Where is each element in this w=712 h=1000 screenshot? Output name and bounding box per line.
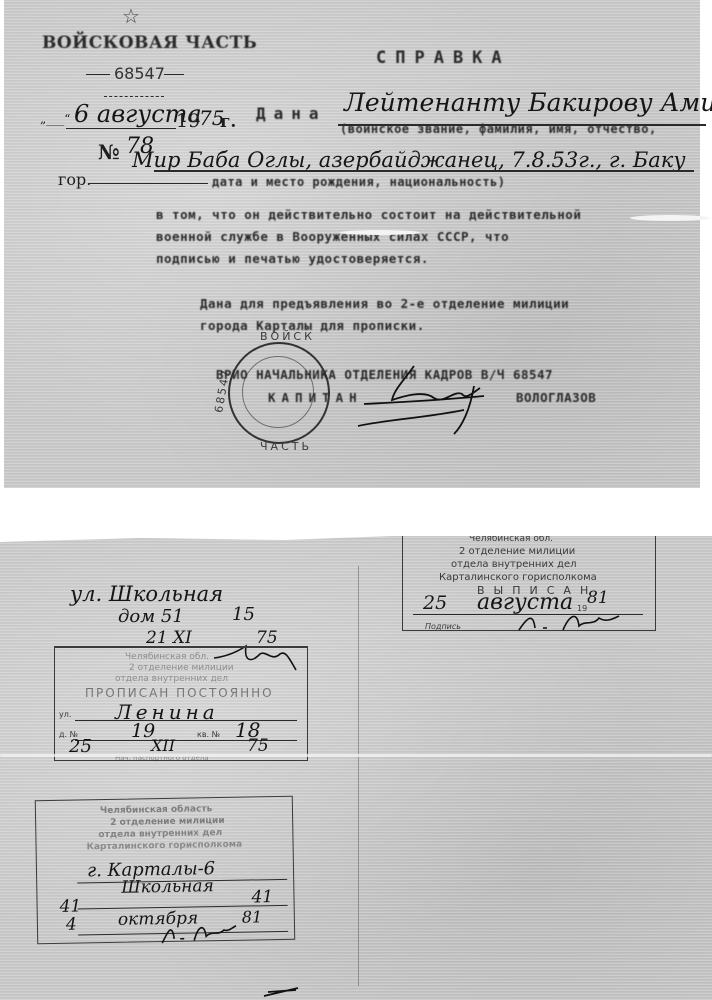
tear-mark <box>340 230 420 235</box>
tear-mark <box>0 754 712 757</box>
purpose-line: Дана для предъявления во 2-е отделение м… <box>200 296 569 311</box>
registration-sheet: ул. Школьная дом 51 15 21 XI 75 Челябинс… <box>0 536 712 1000</box>
number-label: № <box>98 140 120 164</box>
stamp-propisan-2: Челябинская область 2 отделение милиции … <box>35 796 295 944</box>
reg1-house: дом 51 <box>118 606 184 627</box>
year-value: 81 <box>587 588 609 608</box>
reg1-apartment: 15 <box>232 604 255 625</box>
star-icon: ☆ <box>122 4 140 28</box>
apartment-label: кв. № <box>197 730 220 739</box>
seal-text-top: ВОЙСК <box>260 330 315 343</box>
stamp-header-line: Челябинская область <box>100 804 213 816</box>
tear-mark <box>630 215 710 221</box>
pen-mark <box>262 984 302 998</box>
document-title: СПРАВКА <box>376 48 511 68</box>
date-quote-marks: „___“ <box>40 112 70 126</box>
body-line: в том, что он действительно состоит на д… <box>156 207 581 222</box>
stamp-header-line: Карталинского горисполкома <box>439 572 597 583</box>
signature-mark <box>158 916 239 947</box>
day-value: 4 <box>66 915 77 935</box>
birth-caption: дата и место рождения, национальность) <box>212 175 506 189</box>
signature-label: Подпись <box>425 622 461 631</box>
city-label: гор. <box>58 170 91 189</box>
body-line: подписью и печатью удостоверяется. <box>156 251 429 266</box>
year-value: 75 <box>247 736 269 756</box>
street-value: Школьная <box>121 876 214 898</box>
street-label: ул. <box>59 710 71 719</box>
stamp-header-line: 2 отделение милиции <box>459 546 575 557</box>
stamp-vypisan: Челябинская обл. 2 отделение милиции отд… <box>402 532 656 631</box>
stamp-header-line: Карталинского горисполкома <box>87 840 243 853</box>
year-suffix: г. <box>220 112 236 132</box>
certificate-sheet: ☆ ВОЙСКОВАЯ ЧАСТЬ 68547 „___“ 6 августа … <box>4 0 700 488</box>
recipient-handwritten: Лейтенанту Бакирову Амир <box>344 88 712 117</box>
body-line: военной службе в Вооруженных силах СССР,… <box>156 229 509 244</box>
reg1-date: 21 XI <box>146 628 192 648</box>
stamp-header-line: отдела внутренних дел <box>115 674 228 684</box>
birth-handwritten: Мир Баба Оглы, азербайджанец, 7.8.53г., … <box>132 148 686 172</box>
year-printed: 19 <box>176 110 200 132</box>
stamp-status: ПРОПИСАН ПОСТОЯННО <box>85 686 274 700</box>
stamp-header-line: Челябинская обл. <box>125 652 209 662</box>
reg1-street: ул. Школьная <box>70 582 223 606</box>
signature-mark <box>513 608 623 636</box>
day-value: 25 <box>423 592 447 614</box>
stamp-header-line: 2 отделение милиции <box>129 663 234 673</box>
issued-to-label: Дана <box>256 104 327 123</box>
stamp-header-line: отдела внутренних дел <box>98 828 222 840</box>
stamp-header-line: отдела внутренних дел <box>451 559 577 570</box>
stamp-header-line: 2 отделение милиции <box>110 816 225 828</box>
month-value: XII <box>151 736 175 755</box>
unit-label: ВОЙСКОВАЯ ЧАСТЬ <box>42 33 257 53</box>
signature-mark <box>344 360 514 440</box>
seal-text-bottom: ЧАСТЬ <box>260 440 312 453</box>
fold-line <box>358 566 359 986</box>
year-value: 81 <box>242 907 263 926</box>
unit-number: 68547 <box>114 64 165 83</box>
signatory-name: ВОЛОГЛАЗОВ <box>516 390 596 405</box>
stamp-propisan: Челябинская обл. 2 отделение милиции отд… <box>54 646 308 761</box>
recipient-caption: (воинское звание, фамилия, имя, отчество… <box>340 122 657 136</box>
stamp-header-line: Челябинская обл. <box>469 534 553 544</box>
